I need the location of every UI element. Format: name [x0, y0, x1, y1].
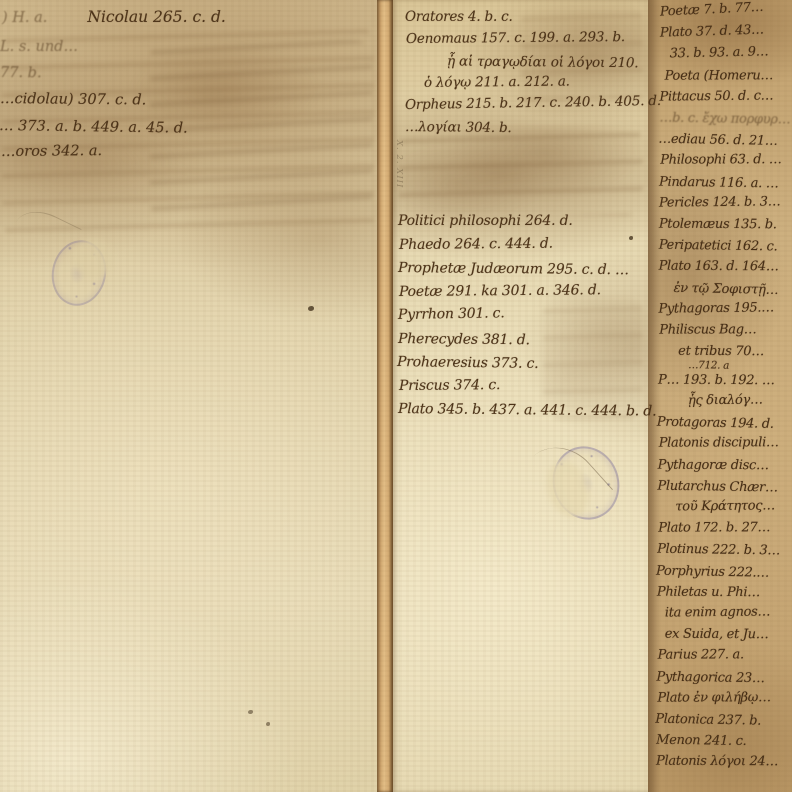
manuscript-line: Philetas u. Phi…: [657, 581, 792, 603]
manuscript-line: Pythagoræ disc…: [658, 454, 792, 476]
right-page: Poetæ 7. b. 77…Plato 37. d. 43…33. b. 93…: [648, 0, 792, 792]
manuscript-line: Plato 163. d. 164…: [659, 256, 792, 278]
manuscript-line: Oratores 4. b. c.: [405, 6, 655, 28]
middle-page-index-block-main: Politici philosophi 264. d.Phaedo 264. c…: [398, 210, 658, 422]
manuscript-line: Plato 37. d. 43…: [660, 19, 792, 44]
manuscript-line: Plato 172. b. 27…: [658, 517, 792, 539]
manuscript-line: Porphyrius 222.…: [656, 560, 792, 584]
manuscript-line: Pythagoras 195.…: [658, 297, 792, 320]
middle-page-index-block-top: Oratores 4. b. c.Oenomaus 157. c. 199. a…: [405, 6, 655, 138]
manuscript-line: P… 193. b. 192. …: [658, 369, 792, 391]
left-page-fragments: L. s. und…77. b.…cidolau) 307. c. d.… 37…: [0, 34, 372, 165]
manuscript-line: …λογίαι 304. b.: [405, 116, 655, 140]
left-page: ) H. a.Nicolau 265. c. d. L. s. und…77. …: [0, 0, 377, 792]
left-header-fragment: ) H. a.: [2, 10, 47, 26]
right-page-index-column: Poetæ 7. b. 77…Plato 37. d. 43…33. b. 93…: [656, 2, 792, 773]
manuscript-line: 33. b. 93. a. 9…: [660, 41, 792, 65]
manuscript-line: …oros 342. a.: [1, 136, 373, 165]
left-page-header-line: ) H. a.Nicolau 265. c. d.: [2, 4, 374, 31]
manuscript-line: Philiscus Bag…: [659, 319, 792, 341]
ink-speck: [248, 710, 253, 714]
ink-speck: [266, 722, 270, 726]
manuscript-scan: ) H. a.Nicolau 265. c. d. L. s. und…77. …: [0, 0, 792, 792]
manuscript-line: Pythagorica 23…: [656, 666, 792, 689]
manuscript-line: Platonis λόγοι 24…: [656, 751, 792, 773]
manuscript-line: ᾗς διαλόγ…: [658, 389, 792, 412]
ink-speck: [308, 306, 314, 311]
left-header-entry: Nicolau 265. c. d.: [87, 8, 225, 26]
manuscript-line: 77. b.: [0, 60, 372, 90]
manuscript-line: Philosophi 63. d. …: [660, 150, 792, 172]
manuscript-line: L. s. und…: [0, 34, 372, 60]
manuscript-line: ita enim agnos…: [657, 601, 792, 624]
manuscript-line: …cidolau) 307. c. d.: [0, 86, 372, 116]
manuscript-line: …b. c. ἔχω πορφυρ…: [659, 108, 792, 131]
margin-shelfmark: X. 2. XIII: [394, 140, 404, 188]
middle-page: X. 2. XIII Oratores 4. b. c.Oenomaus 157…: [393, 0, 648, 792]
manuscript-line: Peripatetici 162. c.: [659, 235, 792, 258]
manuscript-line: Plotinus 222. b. 3…: [657, 539, 792, 562]
manuscript-line: Pittacus 50. d. c…: [659, 85, 792, 108]
manuscript-line: Politici philosophi 264. d.: [398, 210, 658, 234]
manuscript-line: Parius 227. a.: [658, 645, 792, 667]
ink-speck: [629, 236, 633, 240]
manuscript-line: Oenomaus 157. c. 199. a. 293. b.: [406, 26, 656, 50]
manuscript-line: Pyrrhon 301. c.: [398, 300, 658, 328]
manuscript-line: Poeta (Homeru…: [661, 65, 792, 87]
manuscript-line: Pericles 124. b. 3…: [659, 191, 792, 214]
manuscript-line: Priscus 374. c.: [399, 372, 659, 398]
page-gutter-fold: [377, 0, 393, 792]
manuscript-line: Platonis discipuli…: [659, 432, 792, 454]
manuscript-line: Plato 345. b. 437. a. 441. c. 444. b. d.: [398, 398, 658, 424]
manuscript-line: τοῦ Κράτητος…: [657, 495, 792, 518]
manuscript-line: Phaedo 264. c. 444. d.: [399, 231, 659, 257]
manuscript-line: Plato ἐν φιλήβῳ…: [657, 687, 792, 709]
manuscript-line: Ptolemæus 135. b.: [659, 214, 792, 236]
manuscript-line: Pherecydes 381. d.: [398, 328, 658, 354]
manuscript-line: Orpheus 215. b. 217. c. 240. b. 405. d.: [405, 90, 655, 116]
manuscript-line: Platonica 237. b.: [655, 709, 792, 733]
manuscript-line: ex Suida, et Ju…: [657, 624, 792, 646]
manuscript-line: Menon 241. c.: [656, 730, 792, 753]
